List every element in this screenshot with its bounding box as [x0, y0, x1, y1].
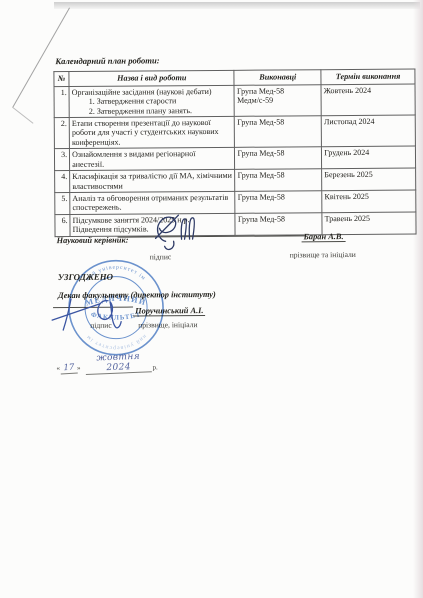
stamp-ring-text-bottom: ний університет ім — [85, 333, 147, 351]
table-row: 4.Класифікація за тривалістю дії МА, хім… — [55, 168, 416, 192]
work-name-cell: Класифікація за тривалістю дії МА, хіміч… — [70, 169, 236, 192]
work-name-text: Ознайомлення з видами регіонарної анесте… — [72, 149, 232, 169]
work-name-cell: Етапи створення презентації до наукової … — [69, 116, 235, 148]
executor-line: Медм/с-59 — [237, 95, 319, 105]
dean-signature-ink — [50, 293, 132, 336]
supervisor-signature-line — [118, 235, 306, 237]
executors-cell: Група Мед-58 — [235, 147, 322, 169]
executor-line: Група Мед-58 — [238, 214, 320, 224]
document-title: Календарний план роботи: — [55, 55, 159, 66]
col-header-3: Термін виконання — [321, 69, 415, 84]
work-name-text: Етапи створення презентації до наукової … — [72, 118, 233, 147]
table-row: 6.Підсумкове заняття 2024/2025 н.р. Підв… — [55, 212, 416, 236]
executors-cell: Група Мед-58 — [235, 191, 322, 213]
work-name-cell: Організаційне засідання (наукові дебати)… — [69, 85, 235, 117]
term-cell: Жовтень 2024 — [321, 84, 415, 116]
supervisor-signature-ink — [151, 211, 203, 253]
table-row: 1.Організаційне засідання (наукові дебат… — [54, 84, 415, 118]
row-number: 6. — [55, 214, 70, 236]
executor-line: Група Мед-58 — [238, 170, 320, 180]
work-subitem: 2. Затвердження плану занять. — [89, 105, 232, 115]
row-number: 2. — [54, 117, 69, 148]
executor-line: Група Мед-58 — [237, 117, 319, 127]
table-row: 5.Аналіз та обговорення отриманих резуль… — [55, 190, 416, 214]
work-name-text: Класифікація за тривалістю дії МА, хіміч… — [72, 171, 232, 191]
svg-text:ний університет ім: ний університет ім — [85, 333, 147, 351]
term-cell: Березень 2025 — [322, 168, 416, 191]
supervisor-name: Баран А.В. — [302, 232, 346, 242]
row-number: 1. — [54, 86, 69, 117]
col-header-1: Назва і вид роботи — [69, 70, 234, 86]
term-cell: Листопад 2024 — [321, 115, 415, 147]
work-plan-table: №Назва і вид роботиВиконавціТермін викон… — [53, 69, 416, 237]
executor-line: Група Мед-58 — [237, 86, 319, 96]
executor-line: Група Мед-58 — [237, 149, 319, 159]
row-number: 4. — [55, 171, 70, 193]
scanned-document-page: Календарний план роботи: №Назва і вид ро… — [0, 0, 423, 598]
col-header-2: Виконавці — [234, 70, 321, 85]
executor-line: Група Мед-58 — [238, 192, 320, 202]
row-number: 5. — [55, 193, 70, 215]
executors-cell: Група Мед-58 — [235, 116, 322, 148]
term-cell: Грудень 2024 — [322, 146, 416, 169]
svg-text:ний університет ім: ний університет ім — [85, 264, 147, 282]
supervisor-name-caption: прізвище та ініціали — [290, 250, 356, 259]
work-name-text: Аналіз та обговорення отриманих результа… — [72, 193, 232, 213]
row-number: 3. — [54, 149, 69, 171]
executors-cell: Група Мед-58 — [235, 169, 322, 191]
term-cell: Квітень 2025 — [322, 190, 416, 213]
table-row: 3.Ознайомлення з видами регіонарної анес… — [54, 146, 415, 170]
col-header-0: № — [54, 71, 69, 86]
work-subitems: 1. Затвердження старости2. Затвердження … — [89, 96, 232, 116]
work-name-text: Організаційне засідання (наукові дебати) — [72, 87, 232, 98]
work-name-cell: Ознайомлення з видами регіонарної анесте… — [70, 148, 236, 171]
table-row: 2.Етапи створення презентації до науково… — [54, 115, 415, 149]
year-suffix: р. — [152, 363, 157, 371]
handwritten-day: 17 — [60, 362, 78, 374]
stamp-ring-text-top: ний університет ім — [85, 264, 147, 282]
executors-cell: Група Мед-58Медм/с-59 — [234, 84, 321, 116]
